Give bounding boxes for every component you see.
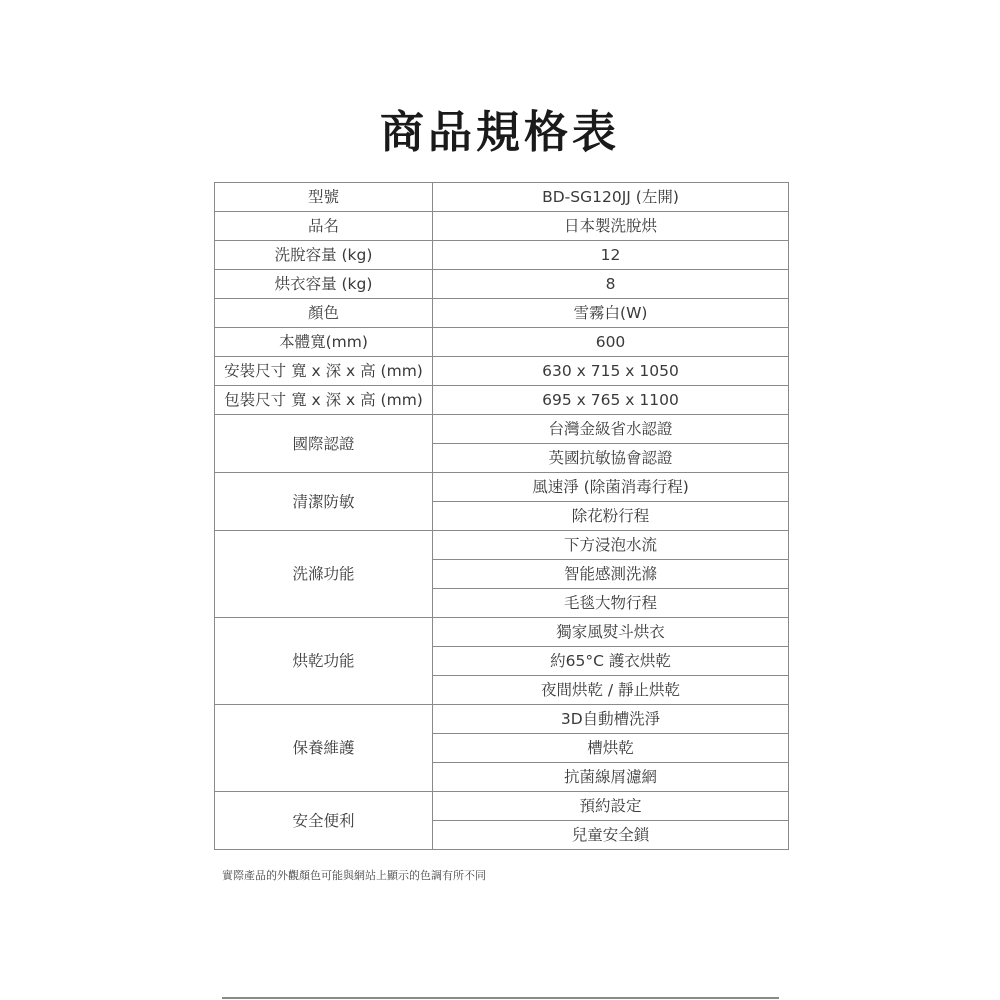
- spec-value: 600: [433, 328, 789, 357]
- spec-row: 安裝尺寸 寬 x 深 x 高 (mm)630 x 715 x 1050: [215, 357, 789, 386]
- spec-label: 烘乾功能: [215, 618, 433, 705]
- spec-label: 型號: [215, 183, 433, 212]
- spec-value: 雪霧白(W): [433, 299, 789, 328]
- spec-value: 下方浸泡水流: [433, 531, 789, 560]
- spec-row: 安全便利預約設定: [215, 792, 789, 821]
- spec-value: 預約設定: [433, 792, 789, 821]
- spec-row: 本體寬(mm)600: [215, 328, 789, 357]
- spec-table-body: 型號BD-SG120JJ (左開)品名日本製洗脫烘洗脫容量 (kg)12烘衣容量…: [215, 183, 789, 850]
- spec-value: 630 x 715 x 1050: [433, 357, 789, 386]
- spec-label: 本體寬(mm): [215, 328, 433, 357]
- disclaimer-note: 實際產品的外觀顏色可能與網站上顯示的色調有所不同: [222, 867, 486, 883]
- spec-row: 洗脫容量 (kg)12: [215, 241, 789, 270]
- spec-label: 烘衣容量 (kg): [215, 270, 433, 299]
- spec-value: 獨家風熨斗烘衣: [433, 618, 789, 647]
- spec-row: 顏色雪霧白(W): [215, 299, 789, 328]
- spec-label: 品名: [215, 212, 433, 241]
- spec-label: 包裝尺寸 寬 x 深 x 高 (mm): [215, 386, 433, 415]
- spec-row: 國際認證台灣金級省水認證: [215, 415, 789, 444]
- spec-label: 清潔防敏: [215, 473, 433, 531]
- spec-value: BD-SG120JJ (左開): [433, 183, 789, 212]
- spec-row: 包裝尺寸 寬 x 深 x 高 (mm)695 x 765 x 1100: [215, 386, 789, 415]
- spec-value: 約65°C 護衣烘乾: [433, 647, 789, 676]
- spec-row: 品名日本製洗脫烘: [215, 212, 789, 241]
- spec-row: 烘乾功能獨家風熨斗烘衣: [215, 618, 789, 647]
- spec-value: 英國抗敏協會認證: [433, 444, 789, 473]
- spec-value: 兒童安全鎖: [433, 821, 789, 850]
- spec-label: 保養維護: [215, 705, 433, 792]
- spec-row: 保養維護3D自動槽洗淨: [215, 705, 789, 734]
- spec-value: 台灣金級省水認證: [433, 415, 789, 444]
- spec-value: 695 x 765 x 1100: [433, 386, 789, 415]
- spec-label: 顏色: [215, 299, 433, 328]
- spec-value: 夜間烘乾 / 靜止烘乾: [433, 676, 789, 705]
- page-title: 商品規格表: [0, 96, 1000, 160]
- spec-value: 3D自動槽洗淨: [433, 705, 789, 734]
- bottom-divider: [222, 997, 779, 999]
- spec-label: 國際認證: [215, 415, 433, 473]
- spec-label: 洗脫容量 (kg): [215, 241, 433, 270]
- spec-row: 型號BD-SG120JJ (左開): [215, 183, 789, 212]
- spec-value: 12: [433, 241, 789, 270]
- spec-value: 8: [433, 270, 789, 299]
- spec-table: 型號BD-SG120JJ (左開)品名日本製洗脫烘洗脫容量 (kg)12烘衣容量…: [214, 182, 789, 850]
- spec-row: 清潔防敏風速淨 (除菌消毒行程): [215, 473, 789, 502]
- spec-value: 日本製洗脫烘: [433, 212, 789, 241]
- spec-value: 智能感測洗滌: [433, 560, 789, 589]
- spec-label: 洗滌功能: [215, 531, 433, 618]
- spec-value: 抗菌線屑濾網: [433, 763, 789, 792]
- spec-row: 洗滌功能下方浸泡水流: [215, 531, 789, 560]
- spec-value: 除花粉行程: [433, 502, 789, 531]
- spec-value: 槽烘乾: [433, 734, 789, 763]
- spec-value: 風速淨 (除菌消毒行程): [433, 473, 789, 502]
- spec-label: 安全便利: [215, 792, 433, 850]
- spec-row: 烘衣容量 (kg)8: [215, 270, 789, 299]
- spec-value: 毛毯大物行程: [433, 589, 789, 618]
- spec-label: 安裝尺寸 寬 x 深 x 高 (mm): [215, 357, 433, 386]
